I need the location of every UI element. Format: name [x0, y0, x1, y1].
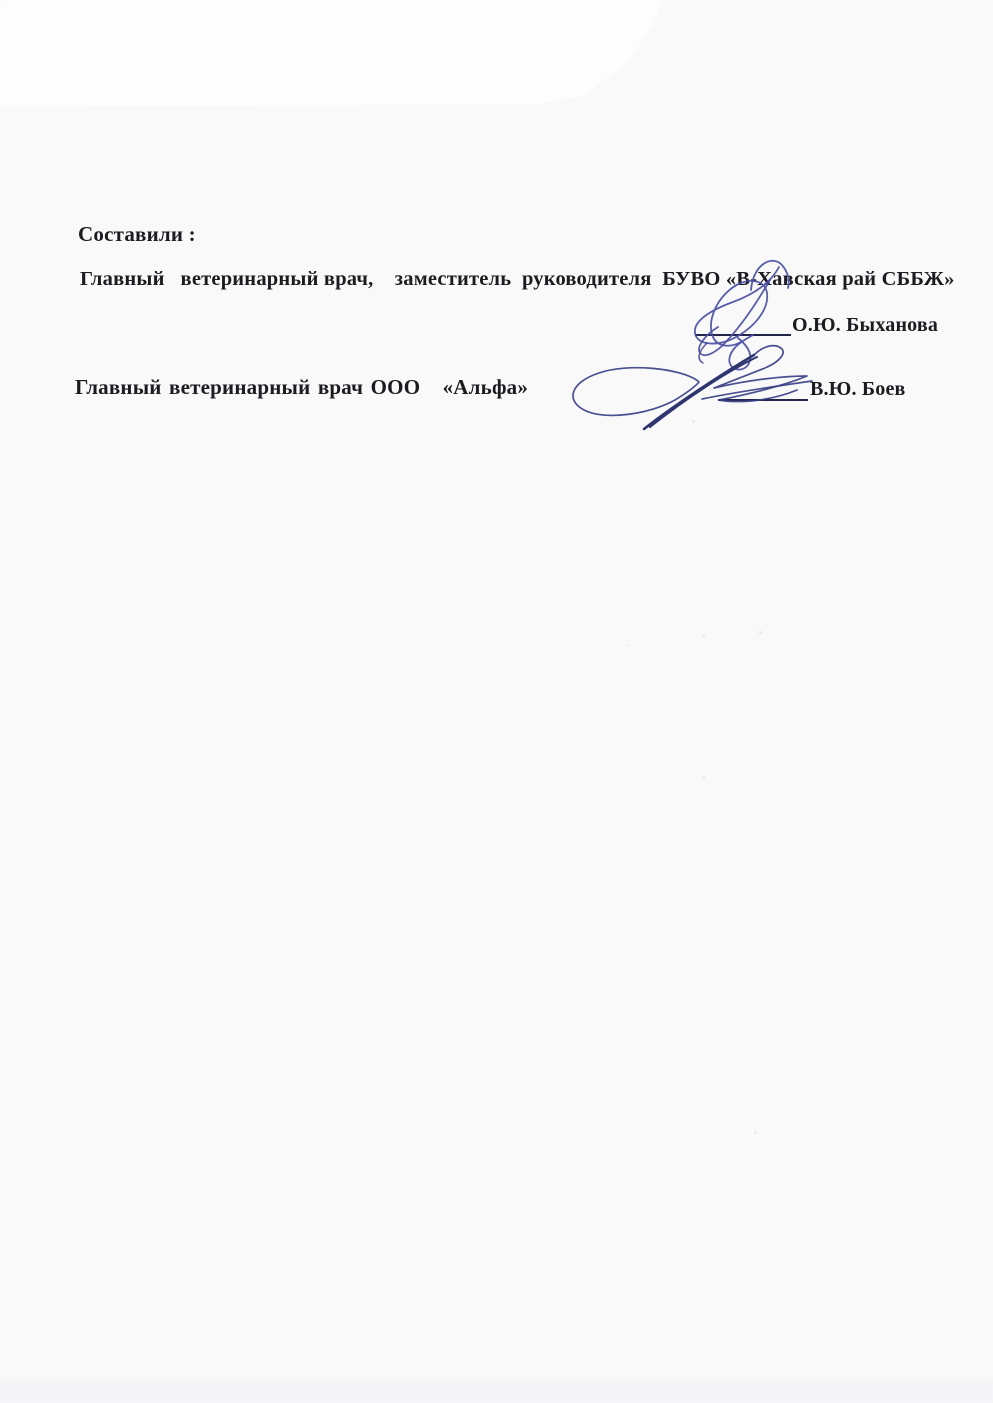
composed-by-label: Составили :: [78, 222, 196, 247]
signatory2-title: Главный ветеринарный врач ООО «Альфа»: [75, 375, 528, 400]
document-page: Составили : Главный ветеринарный врач, з…: [0, 0, 993, 1403]
signature-boev: [556, 336, 820, 440]
scan-speck: [759, 631, 762, 634]
scan-edge-top: [0, 0, 993, 120]
signatory1-title: Главный ветеринарный врач, заместитель р…: [80, 268, 955, 291]
scan-speck: [702, 634, 705, 637]
scan-edge-bottom: [0, 1379, 993, 1403]
scan-speck: [626, 644, 628, 646]
scan-speck: [754, 1131, 757, 1134]
scan-speck: [702, 776, 705, 779]
signatory2-name: В.Ю. Боев: [810, 378, 906, 401]
